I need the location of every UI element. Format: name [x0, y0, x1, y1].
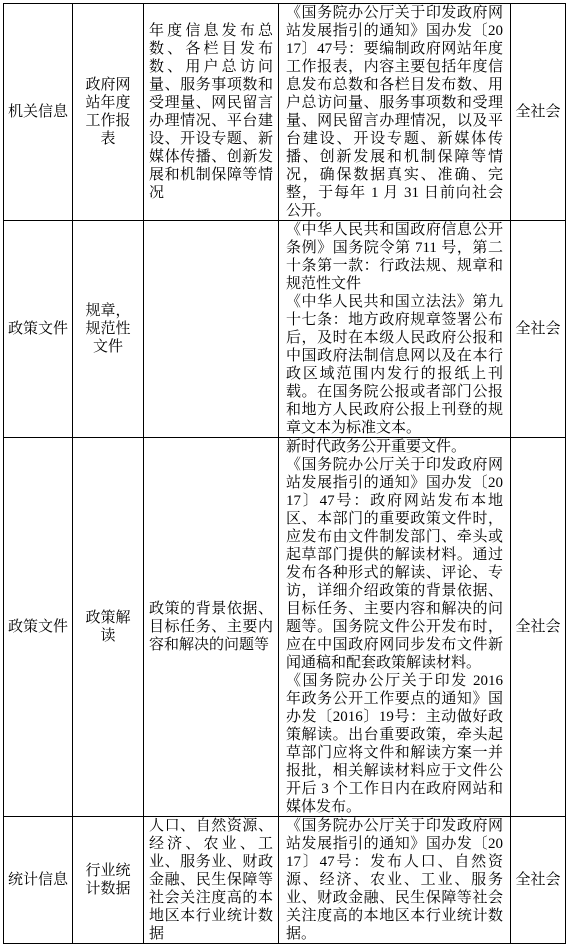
scope-cell: 全社会: [511, 221, 566, 438]
scope-cell: 全社会: [511, 817, 566, 944]
item-cell: 行业统计数据: [73, 817, 144, 944]
basis-cell: 新时代政务公开重要文件。 《国务院办公厅关于印发政府网站发展指引的通知》国办发〔…: [279, 438, 511, 817]
basis-paragraph: 《国务院办公厅关于印发政府网站发展指引的通知》国办发〔2017〕47号：政府网站…: [286, 456, 503, 672]
scope-cell: 全社会: [511, 438, 566, 817]
table-row: 政策文件 政策解读 政策的背景依据、目标任务、主要内容和解决的问题等 新时代政务…: [4, 438, 566, 817]
table-row: 机关信息 政府网站年度工作报表 年度信息发布总数、各栏目发布数、用户总访问量、服…: [4, 4, 566, 221]
basis-cell: 《中华人民共和国政府信息公开条例》国务院令第 711 号，第二十条第一款：行政法…: [279, 221, 511, 438]
item-cell: 规章，规范性文件: [73, 221, 144, 438]
basis-paragraph: 《中华人民共和国政府信息公开条例》国务院令第 711 号，第二十条第一款：行政法…: [286, 221, 503, 293]
category-cell: 政策文件: [4, 221, 73, 438]
basis-paragraph: 新时代政务公开重要文件。: [286, 438, 503, 456]
basis-paragraph: 《国务院办公厅关于印发政府网站发展指引的通知》国办发〔2017〕47号：要编制政…: [286, 4, 503, 220]
basis-paragraph: 《国务院办公厅关于印发政府网站发展指引的通知》国办发〔2017〕47号：发布人口…: [286, 817, 503, 943]
content-cell: 人口、自然资源、经济、农业、工业、服务业、财政金融、民生保障等社会关注度高的本地…: [144, 817, 279, 944]
table-row: 政策文件 规章，规范性文件 《中华人民共和国政府信息公开条例》国务院令第 711…: [4, 221, 566, 438]
category-cell: 机关信息: [4, 4, 73, 221]
basis-paragraph: 《中华人民共和国立法法》第九十七条：地方政府规章签署公布后，及时在本级人民政府公…: [286, 293, 503, 437]
item-cell: 政策解读: [73, 438, 144, 817]
public-info-directory-table: 机关信息 政府网站年度工作报表 年度信息发布总数、各栏目发布数、用户总访问量、服…: [3, 3, 566, 944]
basis-paragraph: 《国务院办公厅关于印发 2016 年政务公开工作要点的通知》国办发〔2016〕1…: [286, 672, 503, 816]
category-cell: 政策文件: [4, 438, 73, 817]
table-row: 统计信息 行业统计数据 人口、自然资源、经济、农业、工业、服务业、财政金融、民生…: [4, 817, 566, 944]
basis-cell: 《国务院办公厅关于印发政府网站发展指引的通知》国办发〔2017〕47号：要编制政…: [279, 4, 511, 221]
basis-cell: 《国务院办公厅关于印发政府网站发展指引的通知》国办发〔2017〕47号：发布人口…: [279, 817, 511, 944]
scope-cell: 全社会: [511, 4, 566, 221]
content-cell: 政策的背景依据、目标任务、主要内容和解决的问题等: [144, 438, 279, 817]
content-cell: [144, 221, 279, 438]
category-cell: 统计信息: [4, 817, 73, 944]
item-cell: 政府网站年度工作报表: [73, 4, 144, 221]
content-cell: 年度信息发布总数、各栏目发布数、用户总访问量、服务事项数和受理量、网民留言办理情…: [144, 4, 279, 221]
